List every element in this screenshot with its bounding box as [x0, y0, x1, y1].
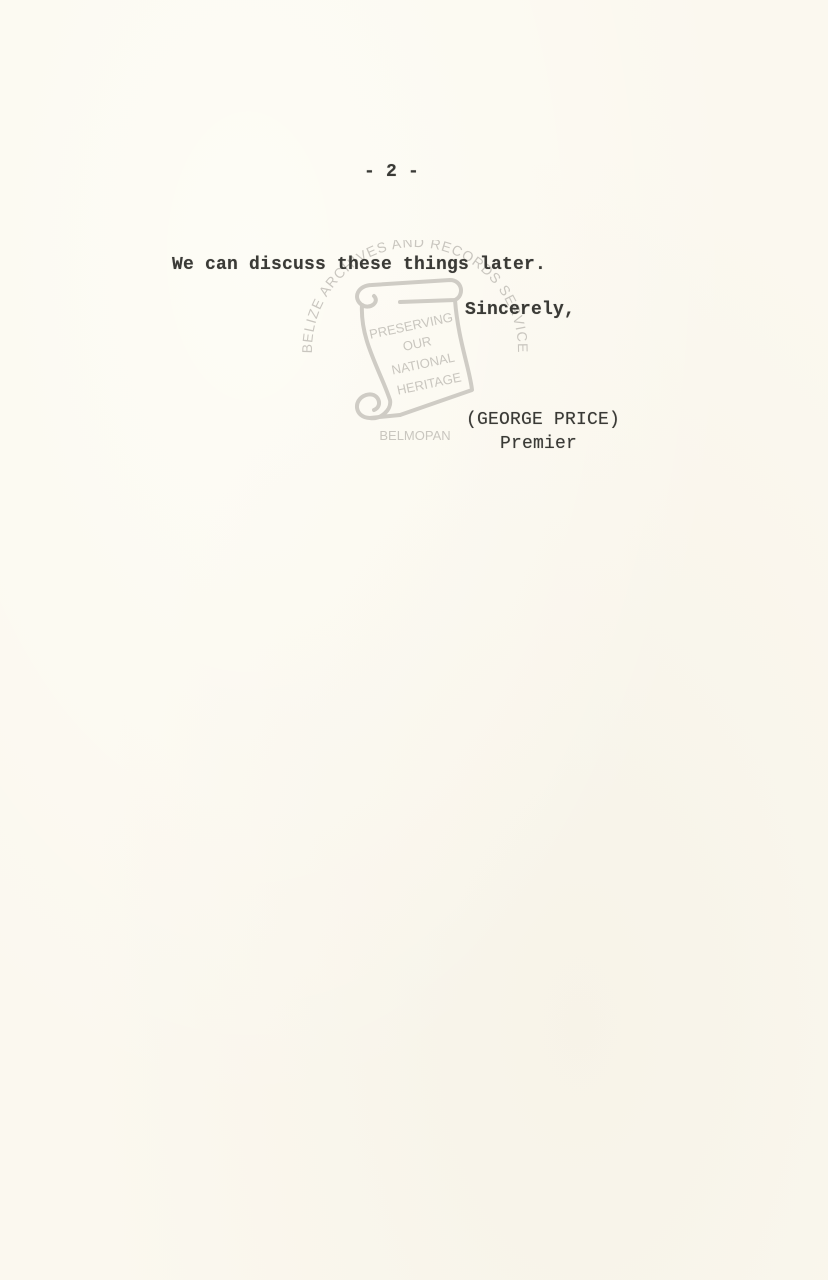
watermark-line-4: HERITAGE — [395, 369, 462, 397]
signatory-title: Premier — [500, 434, 577, 454]
letter-body-text: We can discuss these things later. — [172, 255, 546, 275]
letter-closing: Sincerely, — [465, 300, 575, 320]
page-number: - 2 - — [364, 162, 419, 182]
paper-background — [0, 0, 828, 1280]
watermark-line-1: PRESERVING — [368, 309, 454, 341]
watermark-line-2: OUR — [401, 333, 432, 354]
watermark-bottom-text: BELMOPAN — [379, 428, 450, 443]
signatory-name: (GEORGE PRICE) — [466, 410, 620, 430]
scroll-icon — [357, 280, 472, 418]
watermark-line-3: NATIONAL — [390, 350, 456, 378]
